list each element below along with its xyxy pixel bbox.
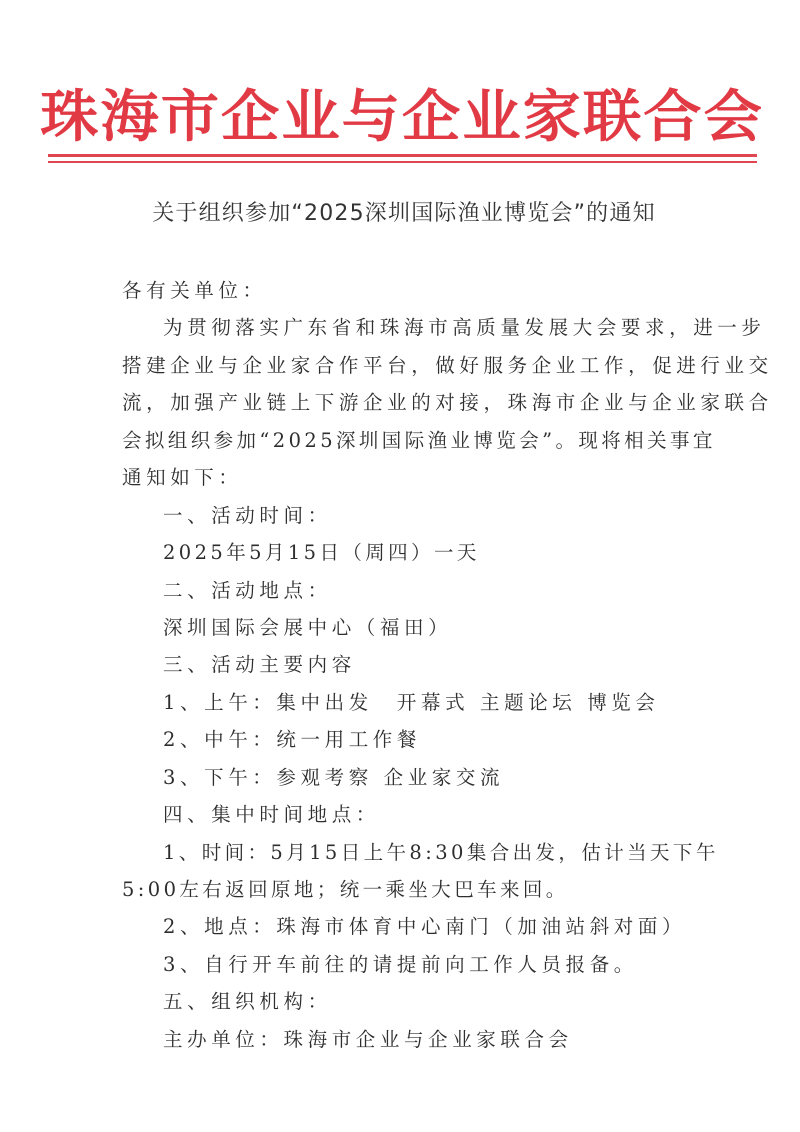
section-heading-assembly: 四、集中时间地点： [122, 796, 692, 833]
organization-name: 珠海市企业与企业家联合会 [40, 84, 764, 150]
letterhead-rule-thick [48, 154, 757, 157]
event-venue: 深圳国际会展中心（福田） [122, 609, 692, 646]
intro-line: 为贯彻落实广东省和珠海市高质量发展大会要求，进一步 [122, 309, 692, 346]
section-heading-agenda: 三、活动主要内容 [122, 646, 692, 683]
section-heading-time: 一、活动时间： [122, 497, 692, 534]
assembly-self-drive: 3、自行开车前往的请提前向工作人员报备。 [122, 946, 692, 983]
assembly-time-line-2: 5:00左右返回原地；统一乘坐大巴车来回。 [122, 871, 692, 908]
intro-line: 搭建企业与企业家合作平台，做好服务企业工作，促进行业交 [122, 347, 692, 384]
agenda-item-noon: 2、中午：统一用工作餐 [122, 721, 692, 758]
host-organization: 主办单位：珠海市企业与企业家联合会 [122, 1021, 692, 1058]
notice-title: 关于组织参加“2025深圳国际渔业博览会”的通知 [0, 199, 800, 229]
agenda-item-morning: 1、上午：集中出发 开幕式 主题论坛 博览会 [122, 684, 692, 721]
notice-body: 各有关单位： 为贯彻落实广东省和珠海市高质量发展大会要求，进一步 搭建企业与企业… [122, 272, 692, 1058]
section-heading-venue: 二、活动地点： [122, 572, 692, 609]
assembly-place: 2、地点：珠海市体育中心南门（加油站斜对面） [122, 908, 692, 945]
salutation: 各有关单位： [122, 272, 692, 309]
intro-line: 通知如下： [122, 459, 692, 496]
agenda-item-afternoon: 3、下午：参观考察 企业家交流 [122, 759, 692, 796]
assembly-time-line-1: 1、时间：5月15日上午8:30集合出发，估计当天下午 [122, 834, 692, 871]
letterhead-rule-thin [48, 161, 757, 163]
intro-line: 流，加强产业链上下游企业的对接，珠海市企业与企业家联合 [122, 384, 692, 421]
event-date: 2025年5月15日（周四）一天 [122, 534, 692, 571]
section-heading-organizers: 五、组织机构： [122, 983, 692, 1020]
letterhead: 珠海市企业与企业家联合会 [0, 84, 800, 150]
intro-line: 会拟组织参加“2025深圳国际渔业博览会”。现将相关事宜 [122, 422, 692, 459]
